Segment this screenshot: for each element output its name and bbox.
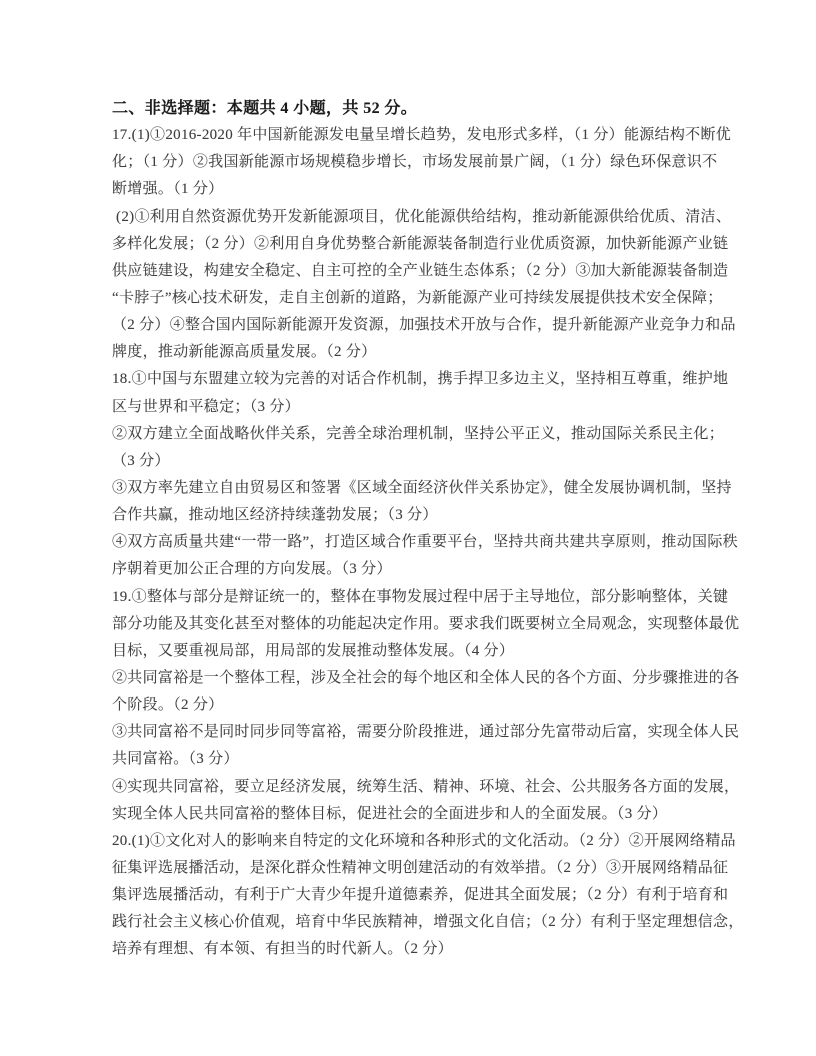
text-line: 目标，又要重视局部，用局部的发展推动整体发展。（4 分） <box>112 638 740 665</box>
text-line: ②共同富裕是一个整体工程，涉及全社会的每个地区和全体人民的各个方面、分步骤推进的… <box>112 665 740 692</box>
text-line: 部分功能及其变化甚至对整体的功能起决定作用。要求我们既要树立全局观念，实现整体最… <box>112 611 740 638</box>
text-line: 践行社会主义核心价值观，培育中华民族精神，增强文化自信；（2 分）有利于坚定理想… <box>112 909 740 936</box>
text-line: “卡脖子”核心技术研发，走自主创新的道路，为新能源产业可持续发展提供技术安全保障… <box>112 285 740 312</box>
text-line: 个阶段。（2 分） <box>112 692 740 719</box>
text-line: ②双方建立全面战略伙伴关系，完善全球治理机制，坚持公平正义，推动国际关系民主化； <box>112 421 740 448</box>
text-line: （2 分）④整合国内国际新能源开发资源，加强技术开放与合作，提升新能源产业竞争力… <box>112 312 740 339</box>
text-line: 集评选展播活动，有利于广大青少年提升道德素养，促进其全面发展；（2 分）有利于培… <box>112 882 740 909</box>
text-line: ③共同富裕不是同时同步同等富裕，需要分阶段推进，通过部分先富带动后富，实现全体人… <box>112 719 740 746</box>
text-line: ④双方高质量共建“一带一路”，打造区域合作重要平台，坚持共商共建共享原则，推动国… <box>112 529 740 556</box>
text-line: 共同富裕。（3 分） <box>112 746 740 773</box>
section-heading: 二、非选择题：本题共 4 小题，共 52 分。 <box>112 95 740 122</box>
text-line: 供应链建设，构建安全稳定、自主可控的全产业链生态体系；（2 分）③加大新能源装备… <box>112 258 740 285</box>
text-line: 多样化发展；（2 分）②利用自身优势整合新能源装备制造行业优质资源，加快新能源产… <box>112 231 740 258</box>
text-line: 18.①中国与东盟建立较为完善的对话合作机制，携手捍卫多边主义，坚持相互尊重，维… <box>112 366 740 393</box>
text-line: 断增强。（1 分） <box>112 176 740 203</box>
text-line: 19.①整体与部分是辩证统一的，整体在事物发展过程中居于主导地位，部分影响整体，… <box>112 584 740 611</box>
text-line: 序朝着更加公正合理的方向发展。（3 分） <box>112 556 740 583</box>
text-line: ③双方率先建立自由贸易区和签署《区域全面经济伙伴关系协定》，健全发展协调机制，坚… <box>112 475 740 502</box>
text-line: ④实现共同富裕，要立足经济发展，统筹生活、精神、环境、社会、公共服务各方面的发展… <box>112 774 740 801</box>
scanned-answer-page: 二、非选择题：本题共 4 小题，共 52 分。 17.(1)①2016-2020… <box>0 0 816 1056</box>
text-line: 合作共赢，推动地区经济持续蓬勃发展；（3 分） <box>112 502 740 529</box>
text-line: 化；（1 分）②我国新能源市场规模稳步增长，市场发展前景广阔，（1 分）绿色环保… <box>112 149 740 176</box>
text-line: 培养有理想、有本领、有担当的时代新人。（2 分） <box>112 936 740 963</box>
answer-text-block: 二、非选择题：本题共 4 小题，共 52 分。 17.(1)①2016-2020… <box>112 95 740 964</box>
text-line: 牌度，推动新能源高质量发展。（2 分） <box>112 339 740 366</box>
text-line: (2)①利用自然资源优势开发新能源项目，优化能源供给结构，推动新能源供给优质、清… <box>112 204 740 231</box>
answer-lines-container: 17.(1)①2016-2020 年中国新能源发电量呈增长趋势，发电形式多样，（… <box>112 122 740 963</box>
text-line: 区与世界和平稳定；（3 分） <box>112 394 740 421</box>
text-line: （3 分） <box>112 448 740 475</box>
text-line: 实现全体人民共同富裕的整体目标，促进社会的全面进步和人的全面发展。（3 分） <box>112 801 740 828</box>
text-line: 征集评选展播活动，是深化群众性精神文明创建活动的有效举措。（2 分）③开展网络精… <box>112 855 740 882</box>
text-line: 17.(1)①2016-2020 年中国新能源发电量呈增长趋势，发电形式多样，（… <box>112 122 740 149</box>
text-line: 20.(1)①文化对人的影响来自特定的文化环境和各种形式的文化活动。（2 分）②… <box>112 828 740 855</box>
